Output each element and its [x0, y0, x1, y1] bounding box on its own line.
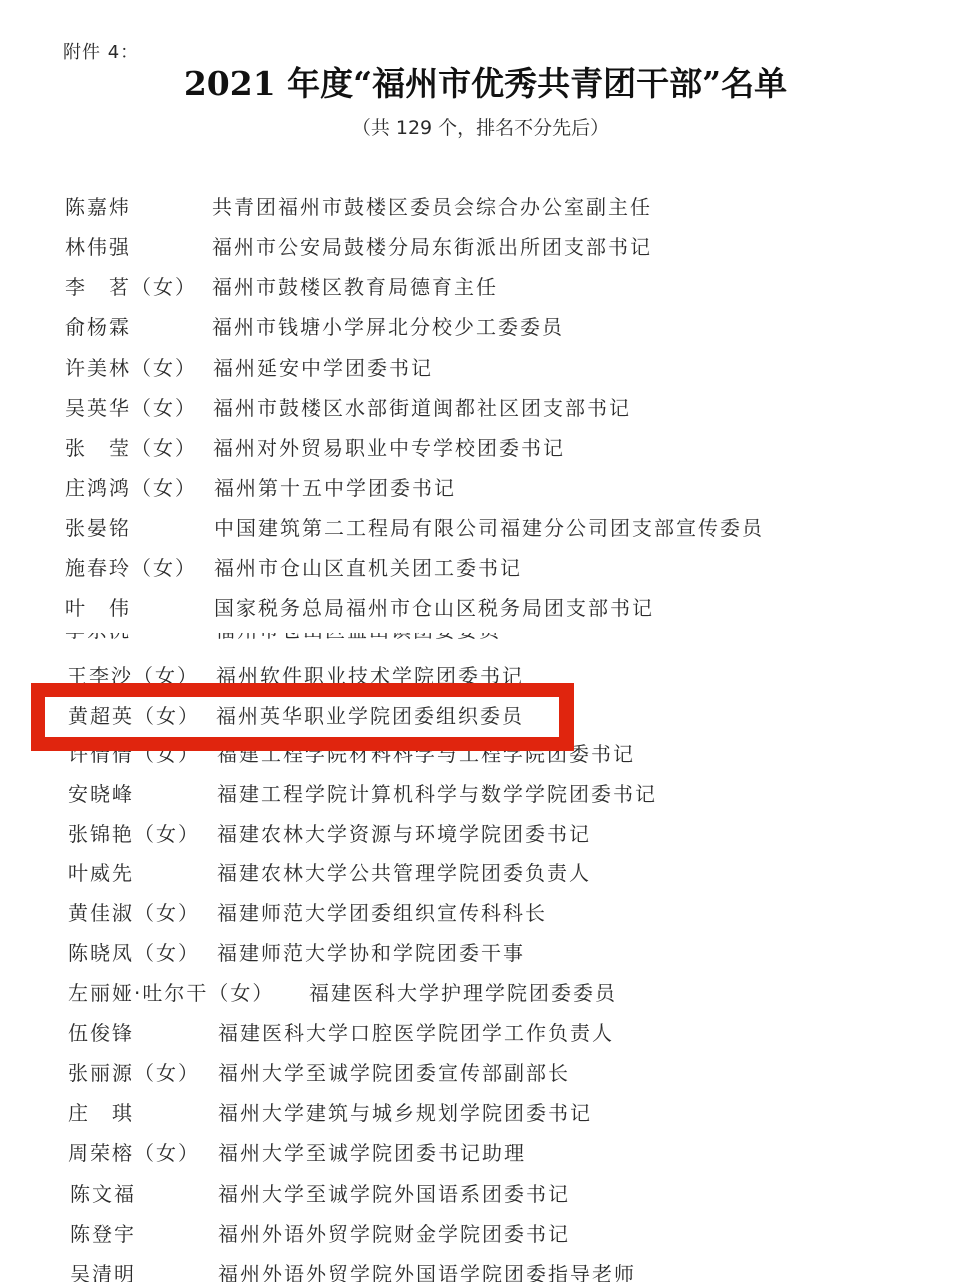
honoree-name: 张丽源（女） — [68, 1057, 200, 1086]
honoree-name: 李 茗（女） — [65, 271, 197, 300]
list-item: 王李沙（女） 福州软件职业技术学院团委书记 — [0, 660, 961, 690]
list-item-highlighted: 黄超英（女） 福州英华职业学院团委组织委员 — [0, 700, 961, 730]
honoree-name: 俞杨霖 — [65, 311, 131, 340]
list-item: 吴清明 福州外语外贸学院外国语学院团委指导老师 — [0, 1258, 961, 1282]
honoree-name: 林伟强 — [65, 231, 131, 260]
honoree-position: 福州第十五中学团委书记 — [214, 472, 456, 501]
honoree-name: 安晓峰 — [68, 778, 134, 807]
honoree-position: 福州大学至诚学院外国语系团委书记 — [218, 1178, 570, 1207]
list-item: 张丽源（女） 福州大学至诚学院团委宣传部副部长 — [0, 1057, 961, 1087]
honoree-name: 施春玲（女） — [65, 552, 197, 581]
honoree-position: 福州市仓山区盖山镇团委委员 — [215, 633, 501, 643]
honoree-position: 福建师范大学协和学院团委干事 — [217, 937, 525, 966]
honoree-name: 陈文福 — [70, 1178, 136, 1207]
list-item: 施春玲（女） 福州市仓山区直机关团工委书记 — [0, 552, 961, 582]
honoree-position: 福州市公安局鼓楼分局东街派出所团支部书记 — [212, 231, 652, 260]
honoree-position: 福州外语外贸学院财金学院团委书记 — [218, 1218, 570, 1247]
honoree-position: 福州外语外贸学院外国语学院团委指导老师 — [218, 1258, 636, 1282]
list-item: 叶 伟 国家税务总局福州市仓山区税务局团支部书记 — [0, 592, 961, 622]
honoree-position: 中国建筑第二工程局有限公司福建分公司团支部宣传委员 — [214, 512, 764, 541]
honoree-position: 福建工程学院材料科学与工程学院团委书记 — [217, 738, 635, 767]
list-item: 周荣榕（女） 福州大学至诚学院团委书记助理 — [0, 1137, 961, 1167]
honoree-name: 黄佳淑（女） — [68, 897, 200, 926]
honoree-position: 福州延安中学团委书记 — [213, 352, 433, 381]
honoree-position: 共青团福州市鼓楼区委员会综合办公室副主任 — [212, 191, 652, 220]
list-item: 张 莹（女） 福州对外贸易职业中专学校团委书记 — [0, 432, 961, 462]
list-item: 黄佳淑（女） 福建师范大学团委组织宣传科科长 — [0, 897, 961, 927]
honoree-position: 福州市仓山区直机关团工委书记 — [214, 552, 522, 581]
list-item: 吴英华（女） 福州市鼓楼区水部街道闽都社区团支部书记 — [0, 392, 961, 422]
honoree-name: 庄鸿鸿（女） — [65, 472, 197, 501]
honoree-position: 福州市钱塘小学屏北分校少工委委员 — [212, 311, 564, 340]
list-item: 许美林（女） 福州延安中学团委书记 — [0, 352, 961, 382]
honoree-name: 陈登宇 — [70, 1218, 136, 1247]
honoree-name: 许美林（女） — [65, 352, 197, 381]
honoree-name: 张锦艳（女） — [68, 818, 200, 847]
list-item: 陈晓凤（女） 福建师范大学协和学院团委干事 — [0, 937, 961, 967]
honoree-name: 许倩倩（女） — [68, 738, 200, 767]
honoree-name: 叶 伟 — [65, 592, 131, 621]
list-item: 李 茗（女） 福州市鼓楼区教育局德育主任 — [0, 271, 961, 301]
honoree-name: 左丽娅·吐尔干（女） — [68, 977, 274, 1006]
honoree-name: 黄超英（女） — [68, 700, 200, 729]
list-item: 张锦艳（女） 福建农林大学资源与环境学院团委书记 — [0, 818, 961, 848]
list-item: 张晏铭 中国建筑第二工程局有限公司福建分公司团支部宣传委员 — [0, 512, 961, 542]
list-item: 陈嘉炜 共青团福州市鼓楼区委员会综合办公室副主任 — [0, 191, 961, 221]
honoree-position: 福建农林大学公共管理学院团委负责人 — [217, 857, 591, 886]
list-item: 安晓峰 福建工程学院计算机科学与数学学院团委书记 — [0, 778, 961, 808]
honoree-position: 福州软件职业技术学院团委书记 — [216, 660, 524, 689]
list-item-clipped: 李宗沅 福州市仓山区盖山镇团委委员 — [0, 633, 961, 644]
honoree-position: 福建农林大学资源与环境学院团委书记 — [217, 818, 591, 847]
honoree-position: 福州大学至诚学院团委书记助理 — [218, 1137, 526, 1166]
honoree-position: 国家税务总局福州市仓山区税务局团支部书记 — [214, 592, 654, 621]
list-item: 俞杨霖 福州市钱塘小学屏北分校少工委委员 — [0, 311, 961, 341]
honoree-name: 周荣榕（女） — [68, 1137, 200, 1166]
honoree-name: 吴清明 — [70, 1258, 136, 1282]
honoree-position: 福建医科大学护理学院团委委员 — [309, 977, 617, 1006]
honoree-name: 李宗沅 — [65, 633, 131, 643]
honoree-position: 福州市鼓楼区水部街道闽都社区团支部书记 — [213, 392, 631, 421]
list-item: 叶威先 福建农林大学公共管理学院团委负责人 — [0, 857, 961, 887]
honoree-position: 福建医科大学口腔医学院团学工作负责人 — [218, 1017, 614, 1046]
honoree-name: 叶威先 — [68, 857, 134, 886]
honoree-position: 福州大学至诚学院团委宣传部副部长 — [218, 1057, 570, 1086]
list-item: 庄 琪 福州大学建筑与城乡规划学院团委书记 — [0, 1097, 961, 1127]
honoree-position: 福建工程学院计算机科学与数学学院团委书记 — [217, 778, 657, 807]
honoree-name: 庄 琪 — [68, 1097, 134, 1126]
honoree-position: 福州英华职业学院团委组织委员 — [216, 700, 524, 729]
honoree-name: 陈嘉炜 — [65, 191, 131, 220]
honoree-name: 王李沙（女） — [67, 660, 199, 689]
document-title: 2021 年度“福州市优秀共青团干部”名单 — [0, 58, 961, 105]
list-item: 陈文福 福州大学至诚学院外国语系团委书记 — [0, 1178, 961, 1208]
list-item: 伍俊锋 福建医科大学口腔医学院团学工作负责人 — [0, 1017, 961, 1047]
document-page: 附件 4： 2021 年度“福州市优秀共青团干部”名单 （共 129 个，排名不… — [0, 0, 961, 1282]
honoree-name: 张 莹（女） — [65, 432, 197, 461]
honoree-name: 张晏铭 — [65, 512, 131, 541]
list-item: 左丽娅·吐尔干（女） 福建医科大学护理学院团委委员 — [0, 977, 961, 1007]
document-subtitle: （共 129 个，排名不分先后） — [0, 113, 961, 140]
honoree-name: 伍俊锋 — [68, 1017, 134, 1046]
honoree-name: 吴英华（女） — [65, 392, 197, 421]
honoree-position: 福建师范大学团委组织宣传科科长 — [217, 897, 547, 926]
list-item: 陈登宇 福州外语外贸学院财金学院团委书记 — [0, 1218, 961, 1248]
list-item: 庄鸿鸿（女） 福州第十五中学团委书记 — [0, 472, 961, 502]
honoree-position: 福州大学建筑与城乡规划学院团委书记 — [218, 1097, 592, 1126]
honoree-position: 福州对外贸易职业中专学校团委书记 — [213, 432, 565, 461]
honoree-position: 福州市鼓楼区教育局德育主任 — [212, 271, 498, 300]
list-item: 林伟强 福州市公安局鼓楼分局东街派出所团支部书记 — [0, 231, 961, 261]
honoree-name: 陈晓凤（女） — [68, 937, 200, 966]
list-item: 许倩倩（女） 福建工程学院材料科学与工程学院团委书记 — [0, 738, 961, 768]
